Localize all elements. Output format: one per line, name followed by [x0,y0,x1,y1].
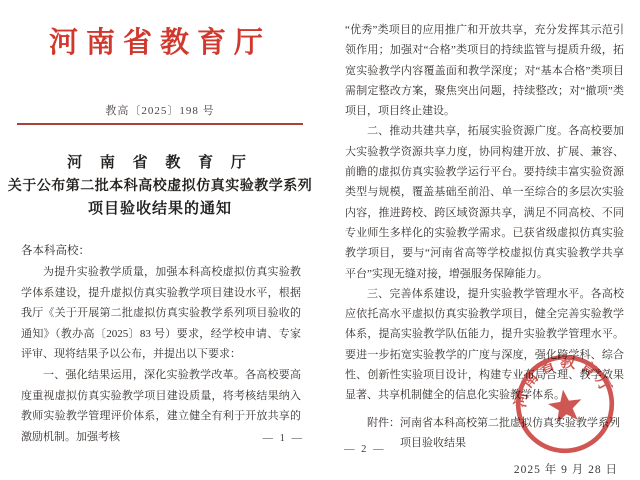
letterhead-agency-name: 河南省教育厅 [0,26,320,60]
paragraph-item-3: 三、完善体系建设，提升实验教学管理水平。各高校应依托高水平虚拟仿真实验教学项目，… [345,284,624,406]
page-number-1: — 1 — [263,433,305,444]
page-2-body: “优秀”类项目的应用推广和开放共享，充分发挥其示范引领作用；加强对“合格”类项目… [345,20,624,406]
letterhead-divider-line [17,123,303,125]
page-1: 河南省教育厅 教高〔2025〕198 号 河 南 省 教 育 厅 关于公布第二批… [0,0,320,480]
page-1-body: 为提升实验教学质量，加强本科高校虚拟仿真实验教学体系建设，提升虚拟仿真实验教学项… [21,262,301,447]
title-subject-line: 关于公布第二批本科高校虚拟仿真实验教学系列 [0,175,320,198]
document-number: 教高〔2025〕198 号 [0,102,320,118]
title-notice-line: 项目验收结果的通知 [0,198,320,221]
salutation: 各本科高校： [21,241,300,261]
attachment-title: 河南省本科高校第二批虚拟仿真实验教学系列项目验收结果 [400,413,620,453]
notice-title: 河 南 省 教 育 厅 关于公布第二批本科高校虚拟仿真实验教学系列 项目验收结果… [0,152,320,221]
page-number-2: — 2 — [344,444,386,455]
paragraph-intro: 为提升实验教学质量，加强本科高校虚拟仿真实验教学体系建设，提升虚拟仿真实验教学项… [21,262,301,365]
page-2: “优秀”类项目的应用推广和开放共享，充分发挥其示范引领作用；加强对“合格”类项目… [320,0,640,480]
title-agency-line: 河 南 省 教 育 厅 [0,152,320,175]
issue-date: 2025 年 9 月 28 日 [320,461,618,477]
attachment-block: 附件： 河南省本科高校第二批虚拟仿真实验教学系列项目验收结果 [345,413,624,453]
paragraph-item-1-continued: “优秀”类项目的应用推广和开放共享，充分发挥其示范引领作用；加强对“合格”类项目… [345,20,624,121]
document-scan: 河南省教育厅 教高〔2025〕198 号 河 南 省 教 育 厅 关于公布第二批… [0,0,640,480]
paragraph-item-2: 二、推动共建共享，拓展实验资源广度。各高校要加大实验教学资源共享力度，协同构建开… [345,121,624,283]
paragraph-item-1: 一、强化结果运用，深化实验教学改革。各高校要高度重视虚拟仿真实验教学项目建设质量… [21,365,301,447]
